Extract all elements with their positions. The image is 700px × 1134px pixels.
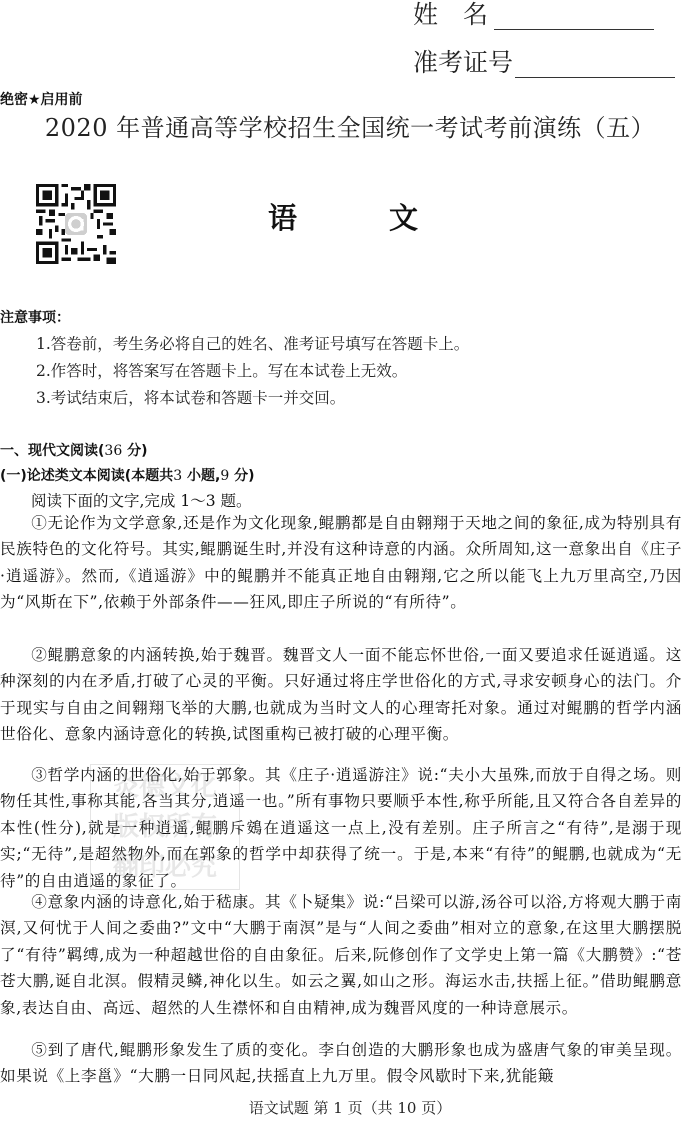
- notice-item-2: 2.作答时，将答案写在答题卡上。写在本试卷上无效。: [36, 359, 407, 381]
- page-footer: 语文试题 第 1 页（共 10 页）: [0, 1097, 700, 1118]
- passage-paragraph-1: ①无论作为文学意象,还是作为文化现象,鲲鹏都是自由翱翔于天地之间的象征,成为特别…: [0, 510, 682, 616]
- notice-item-1: 1.答卷前，考生务必将自己的姓名、准考证号填写在答题卡上。: [36, 332, 469, 354]
- reading-instruction: 阅读下面的文字,完成 1～3 题。: [0, 489, 252, 511]
- section-heading: 一、现代文阅读(36 分): [0, 440, 148, 460]
- subject-char-2: 文: [389, 196, 418, 237]
- passage-paragraph-3: ③哲学内涵的世俗化,始于郭象。其《庄子·逍遥游注》说:“夫小大虽殊,而放于自得之…: [0, 762, 682, 894]
- exam-title: 2020 年普通高等学校招生全国统一考试考前演练（五）: [0, 108, 700, 143]
- exam-id-blank-line[interactable]: [515, 51, 675, 78]
- secret-mark: 绝密★启用前: [0, 89, 83, 109]
- question-count: 3: [173, 468, 182, 484]
- subject-char-1: 语: [268, 196, 297, 237]
- name-label: 姓 名: [413, 0, 488, 30]
- notice-heading: 注意事项：: [0, 307, 70, 327]
- sub-section-heading: (一)论述类文本阅读(本题共3 小题,9 分): [0, 465, 255, 485]
- qr-code-icon: [36, 184, 116, 264]
- subject-title: 语文: [268, 196, 418, 237]
- sub-section-score: 9: [220, 468, 229, 484]
- name-blank-line[interactable]: [494, 3, 654, 30]
- passage-paragraph-4: ④意象内涵的诗意化,始于嵇康。其《卜疑集》说:“吕梁可以游,汤谷可以浴,方将观大…: [0, 889, 682, 1021]
- passage-paragraph-2: ②鲲鹏意象的内涵转换,始于魏晋。魏晋文人一面不能忘怀世俗,一面又要追求任诞逍遥。…: [0, 642, 682, 748]
- section-score: 36: [104, 443, 122, 459]
- exam-id-field: 准考证号: [413, 48, 675, 78]
- exam-id-label: 准考证号: [413, 48, 513, 78]
- notice-item-3: 3.考试结束后，将本试卷和答题卡一并交回。: [36, 386, 345, 408]
- name-field: 姓 名: [413, 0, 654, 30]
- passage-paragraph-5: ⑤到了唐代,鲲鹏形象发生了质的变化。李白创造的大鹏形象也成为盛唐气象的审美呈现。…: [0, 1037, 682, 1090]
